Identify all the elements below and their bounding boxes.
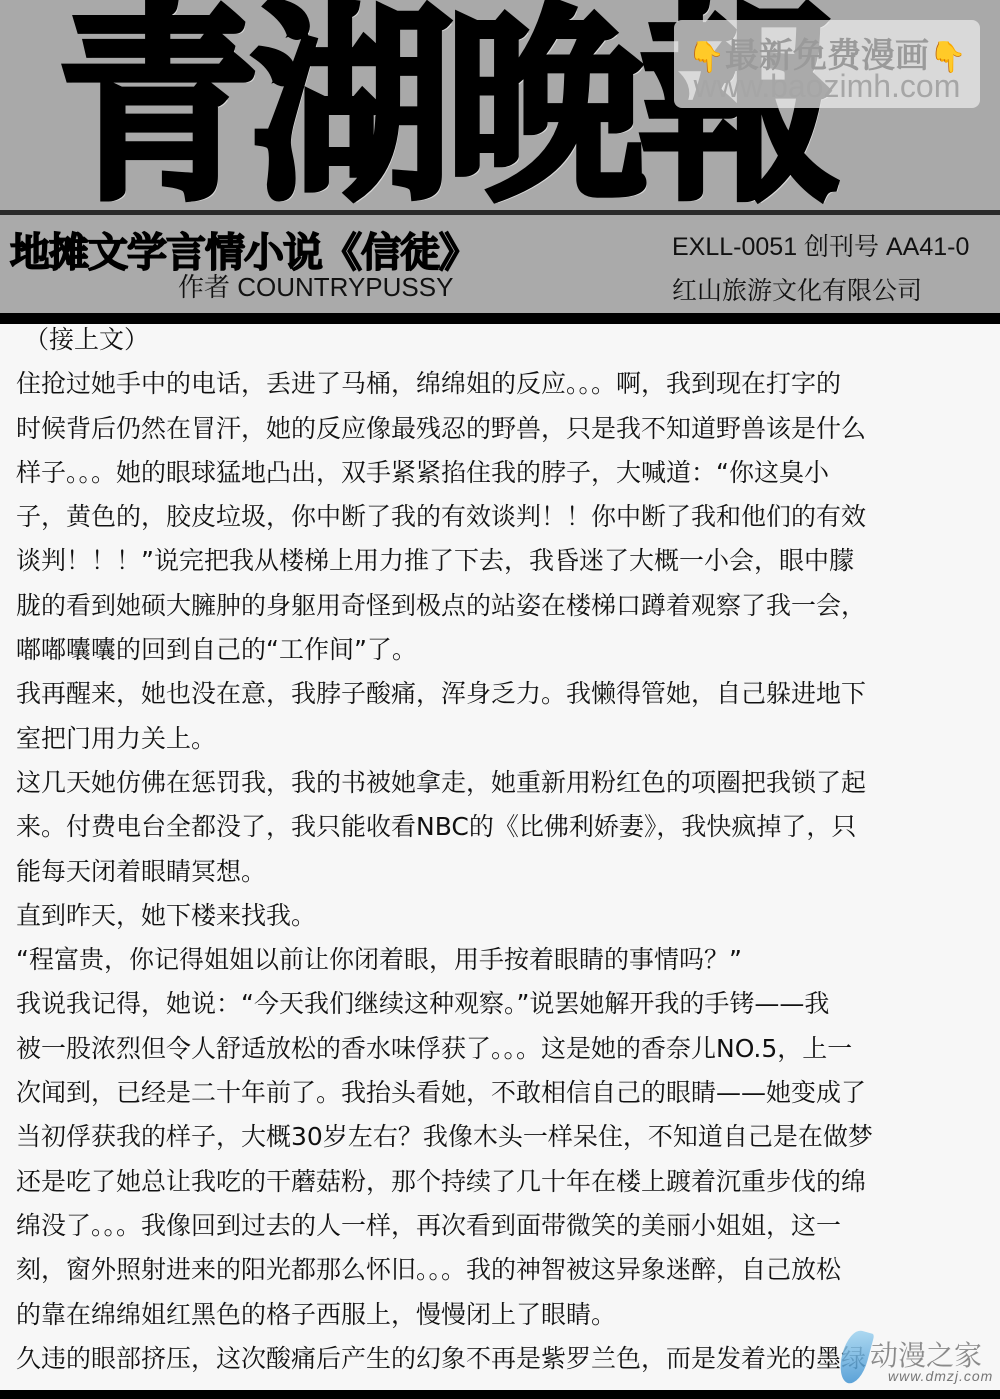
article-line: 这几天她仿佛在惩罚我，我的书被她拿走，她重新用粉红色的项圈把我锁了起: [16, 761, 946, 805]
article-line: 刻，窗外照射进来的阳光都那么怀旧。。。我的神智被这异象迷醉，自己放松: [16, 1248, 946, 1292]
article-line: 我说我记得，她说：“今天我们继续这种观察。”说罢她解开我的手铐——我: [16, 982, 946, 1026]
article-line: 样子。。。她的眼球猛地凸出，双手紧紧掐住我的脖子，大喊道：“你这臭小: [16, 451, 946, 495]
article-line: 次闻到，已经是二十年前了。我抬头看她，不敢相信自己的眼睛——她变成了: [16, 1071, 946, 1115]
newspaper-masthead: 青湖晚報 👇最新免费漫画👇 www.baozimh.com: [0, 0, 1000, 210]
subhead-band: 地摊文学言情小说《信徒》 作者 COUNTRYPUSSY EXLL-0051 创…: [0, 215, 1000, 313]
article-line: 住抢过她手中的电话，丢进了马桶，绵绵姐的反应。。。啊，我到现在打字的: [16, 362, 946, 406]
article-line: 来。付费电台全都没了，我只能收看NBC的《比佛利娇妻》，我快疯掉了，只: [16, 805, 946, 849]
article-line: 能每天闭着眼睛冥想。: [16, 850, 946, 894]
author-byline: 作者 COUNTRYPUSSY: [178, 267, 453, 304]
site-watermark-banner[interactable]: 👇最新免费漫画👇 www.baozimh.com: [674, 20, 980, 108]
dmzj-watermark[interactable]: 动漫之家 www.dmzj.com: [842, 1330, 992, 1388]
article-body: （接上文） 住抢过她手中的电话，丢进了马桶，绵绵姐的反应。。。啊，我到现在打字的…: [16, 318, 946, 1381]
article-line: 嘟嘟囔囔的回到自己的“工作间”了。: [16, 628, 946, 672]
article-line: 我再醒来，她也没在意，我脖子酸痛，浑身乏力。我懒得管她，自己躲进地下: [16, 672, 946, 716]
article-line: 久违的眼部挤压，这次酸痛后产生的幻象不再是紫罗兰色，而是发着光的墨绿: [16, 1337, 946, 1381]
article-line: 还是吃了她总让我吃的干蘑菇粉，那个持续了几十年在楼上踱着沉重步伐的绵: [16, 1160, 946, 1204]
article-line: 当初俘获我的样子，大概30岁左右？我像木头一样呆住，不知道自己是在做梦: [16, 1115, 946, 1159]
publisher-name: 红山旅游文化有限公司: [672, 271, 922, 307]
page-bottom-border: [0, 1390, 1000, 1399]
article-line: 室把门用力关上。: [16, 717, 946, 761]
article-line: “程富贵，你记得姐姐以前让你闭着眼，用手按着眼睛的事情吗？”: [16, 938, 946, 982]
article-line: 胧的看到她硕大臃肿的身躯用奇怪到极点的站姿在楼梯口蹲着观察了我一会，: [16, 584, 946, 628]
article-line: 绵没了。。。我像回到过去的人一样，再次看到面带微笑的美丽小姐姐，这一: [16, 1204, 946, 1248]
article-line: 时候背后仍然在冒汗，她的反应像最残忍的野兽，只是我不知道野兽该是什么: [16, 407, 946, 451]
article-line: 被一股浓烈但令人舒适放松的香水味俘获了。。。这是她的香奈儿NO.5，上一: [16, 1027, 946, 1071]
water-drop-logo-icon: [835, 1328, 874, 1387]
article-line: 子，黄色的，胶皮垃圾，你中断了我的有效谈判！！你中断了我和他们的有效: [16, 495, 946, 539]
article-line: 直到昨天，她下楼来找我。: [16, 894, 946, 938]
article-line: 谈判！！！”说完把我从楼梯上用力推了下去，我昏迷了大概一小会，眼中朦: [16, 539, 946, 583]
watermark-url[interactable]: www.dmzj.com: [888, 1368, 993, 1384]
issue-number: EXLL-0051 创刊号 AA41-0: [672, 227, 969, 263]
continued-marker: （接上文）: [16, 318, 946, 362]
watermark-url[interactable]: www.baozimh.com: [674, 68, 980, 105]
article-line: 的靠在绵绵姐红黑色的格子西服上，慢慢闭上了眼睛。: [16, 1293, 946, 1337]
